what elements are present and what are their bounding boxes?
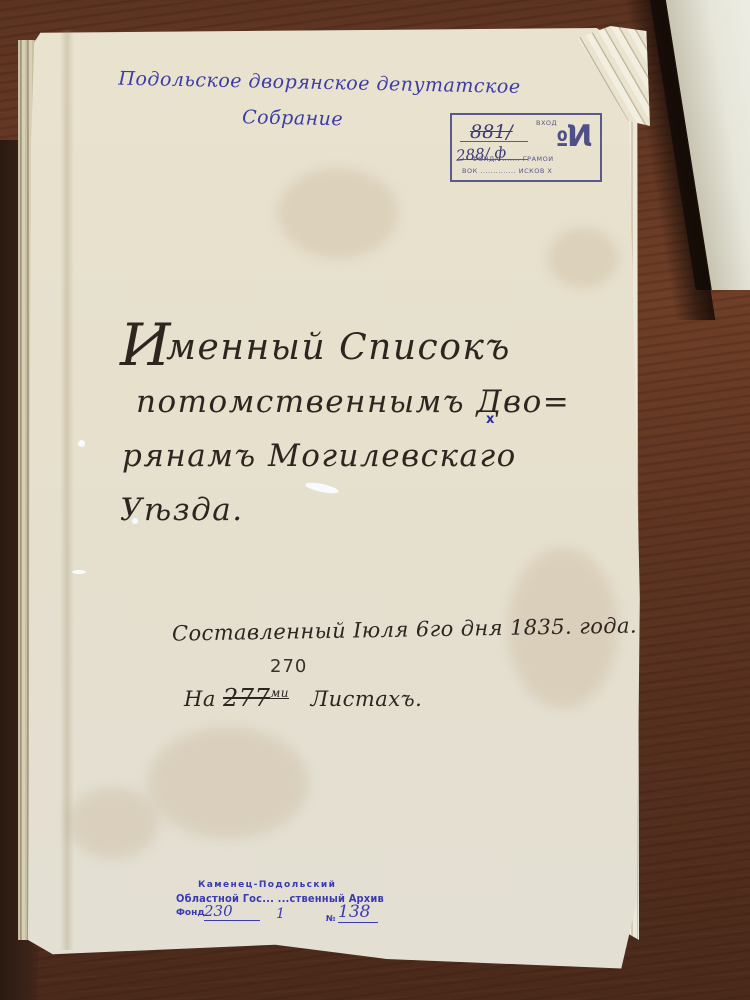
folder-spine-fold bbox=[60, 30, 74, 950]
stamp-small-text: ВОК .............. ИСКОВ Х bbox=[462, 167, 552, 175]
stamp-small-text: ФОНДА ....... ГРАМОИ bbox=[472, 155, 554, 163]
title-line-1-rest: менный Списокъ bbox=[166, 327, 511, 368]
sheets-suffix: ми bbox=[270, 686, 289, 700]
sheet-count-correction: 270 bbox=[270, 656, 307, 677]
archive-stamp-opis-value: 1 bbox=[276, 906, 285, 922]
document-title: Именный Списокъ потомственнымъ Дво= ряна… bbox=[120, 318, 600, 537]
title-initial: И bbox=[120, 311, 172, 379]
title-line-1: Именный Списокъ bbox=[120, 318, 600, 375]
sheet-count-line: На 277ми Листахъ. bbox=[184, 684, 422, 712]
sheets-word: Листахъ. bbox=[311, 687, 423, 711]
stain bbox=[278, 168, 398, 258]
archive-stamp-fond-label: Фонд bbox=[176, 908, 205, 918]
archive-stamp-fond-value: 230 bbox=[204, 902, 260, 921]
sheets-struck-number: 277 bbox=[223, 684, 270, 712]
title-line-2: потомственнымъ Дво= bbox=[136, 375, 600, 429]
archive-stamp-city: Каменец-Подольский bbox=[198, 880, 336, 890]
stamp-struck-number: 881/ bbox=[470, 121, 513, 143]
stain bbox=[148, 728, 308, 838]
paper-damage-fleck bbox=[72, 570, 86, 574]
archive-stamp-delo-value: 138 bbox=[338, 902, 378, 923]
regional-archive-stamp: Каменец-Подольский Областной Гос... ...с… bbox=[176, 880, 416, 940]
stain bbox=[548, 228, 618, 288]
paper-damage-fleck bbox=[78, 440, 85, 447]
stain bbox=[68, 788, 158, 858]
title-line-3: рянамъ Могилевскаго bbox=[122, 429, 600, 483]
archive-registration-stamp: 881/ 288/ ф ВХОД № ФОНДА ....... ГРАМОИ … bbox=[450, 113, 602, 182]
numero-sign-icon: № bbox=[556, 119, 592, 154]
sheets-prefix: На bbox=[184, 687, 216, 711]
archive-stamp-delo-label: № bbox=[326, 914, 336, 923]
stamp-small-text: ВХОД bbox=[536, 119, 557, 127]
blue-pencil-mark: х bbox=[486, 412, 494, 427]
title-line-4: Уѣзда. bbox=[120, 483, 600, 537]
